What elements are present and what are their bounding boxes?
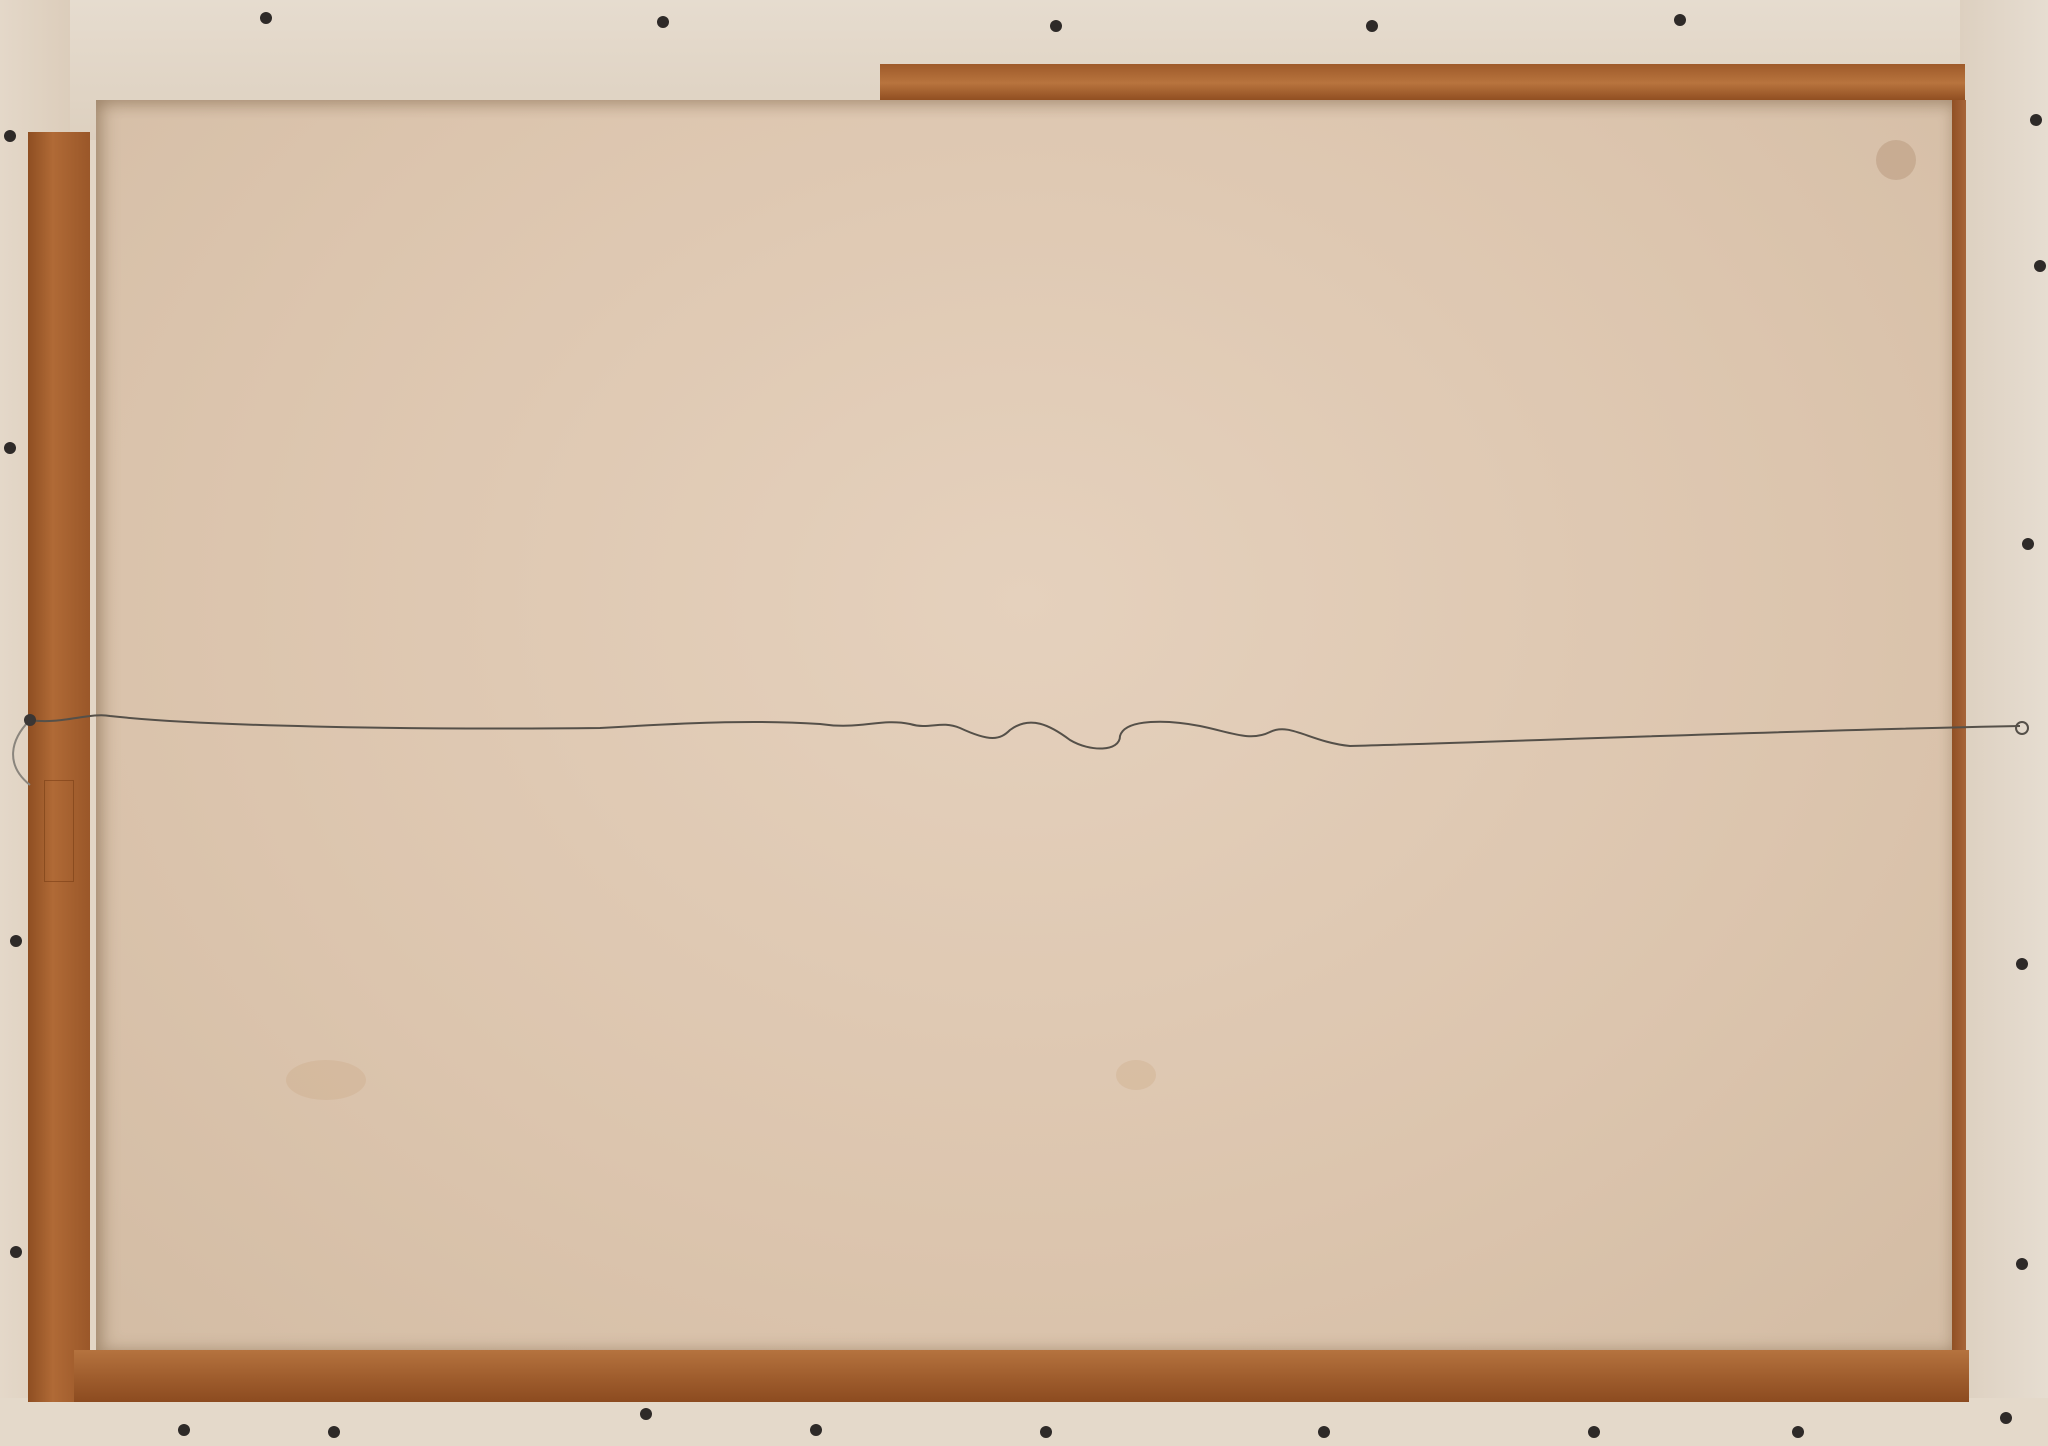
tack xyxy=(1318,1426,1330,1438)
tack xyxy=(1050,20,1062,32)
tack xyxy=(657,16,669,28)
tack xyxy=(4,442,16,454)
tack xyxy=(1792,1426,1804,1438)
tack xyxy=(1588,1426,1600,1438)
tack xyxy=(1040,1426,1052,1438)
tack xyxy=(2016,958,2028,970)
tack xyxy=(2034,260,2046,272)
tack xyxy=(810,1424,822,1436)
tack xyxy=(178,1424,190,1436)
tack xyxy=(260,12,272,24)
tack xyxy=(2030,114,2042,126)
tack xyxy=(2000,1412,2012,1424)
tack xyxy=(1366,20,1378,32)
hanging-wire xyxy=(0,0,2048,1446)
tack xyxy=(10,935,22,947)
tack xyxy=(328,1426,340,1438)
tack xyxy=(10,1246,22,1258)
tack xyxy=(640,1408,652,1420)
tack xyxy=(1674,14,1686,26)
canvas-back-photo xyxy=(0,0,2048,1446)
tack xyxy=(2022,538,2034,550)
tack xyxy=(2016,1258,2028,1270)
tack xyxy=(4,130,16,142)
